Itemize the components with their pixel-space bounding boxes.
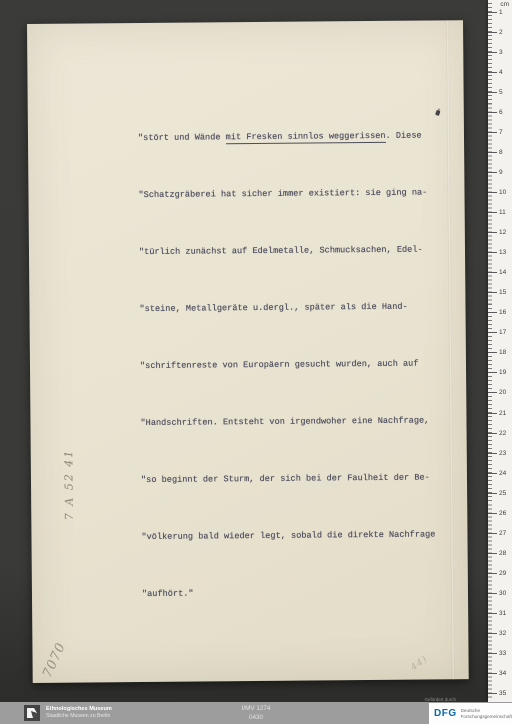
ruler-cm-number: 11 bbox=[499, 209, 511, 216]
ruler-cm-number: 24 bbox=[499, 470, 511, 477]
ruler-cm-number: 9 bbox=[499, 169, 511, 176]
ruler-cm-number: 35 bbox=[499, 690, 511, 697]
text-line: "Schatzgräberei hat sicher immer existie… bbox=[138, 183, 450, 205]
ruler-cm-tick bbox=[488, 613, 497, 614]
ruler-cm-tick bbox=[488, 453, 497, 454]
ruler-cm-tick bbox=[488, 352, 497, 353]
ruler-cm-number: 34 bbox=[499, 670, 511, 677]
ruler-cm-tick bbox=[488, 192, 497, 193]
ruler-cm-number: 14 bbox=[499, 269, 511, 276]
ruler: cm 1234567891011121314151617181920212223… bbox=[488, 0, 512, 702]
institution-block: Ethnologisches Museum Staatliche Museen … bbox=[46, 706, 112, 720]
museum-logo-icon bbox=[24, 705, 40, 721]
ruler-cm-tick bbox=[488, 212, 497, 213]
ruler-cm-tick bbox=[488, 473, 497, 474]
ruler-cm-tick bbox=[488, 312, 497, 313]
ruler-cm-number: 21 bbox=[499, 410, 511, 417]
footer-bar: Ethnologisches Museum Staatliche Museen … bbox=[0, 702, 512, 724]
ruler-cm-number: 5 bbox=[499, 89, 511, 96]
text-line: "steine, Metallgeräte u.dergl., später a… bbox=[139, 297, 451, 319]
ruler-cm-tick bbox=[488, 573, 497, 574]
ruler-cm-tick bbox=[488, 413, 497, 414]
scanned-page: "stört und Wände mit Fresken sinnlos weg… bbox=[27, 20, 469, 683]
ruler-cm-tick bbox=[488, 493, 497, 494]
dfg-name-line2: Forschungsgemeinschaft bbox=[461, 714, 512, 719]
ruler-cm-tick bbox=[488, 72, 497, 73]
ruler-cm-number: 4 bbox=[499, 69, 511, 76]
text-line: "schriftenreste von Europäern gesucht wu… bbox=[140, 354, 452, 376]
text-line: "völkerung bald wieder legt, sobald die … bbox=[141, 525, 453, 547]
text-line: "stört und Wände mit Fresken sinnlos weg… bbox=[138, 126, 450, 148]
ruler-cm-tick bbox=[488, 272, 497, 273]
ruler-cm-number: 8 bbox=[499, 149, 511, 156]
ruler-cm-number: 30 bbox=[499, 590, 511, 597]
ruler-cm-tick bbox=[488, 392, 497, 393]
ruler-cm-number: 20 bbox=[499, 389, 511, 396]
ruler-cm-number: 28 bbox=[499, 550, 511, 557]
pencil-annotation-number: 7070 bbox=[40, 610, 83, 680]
dfg-logo: DFG Deutsche Forschungsgemeinschaft bbox=[429, 703, 512, 724]
ruler-cm-number: 22 bbox=[499, 430, 511, 437]
text-line: "Handschriften. Entsteht von irgendwoher… bbox=[140, 411, 452, 433]
ruler-cm-tick bbox=[488, 533, 497, 534]
ruler-cm-number: 31 bbox=[499, 610, 511, 617]
text-line: "türlich zunächst auf Edelmetalle, Schmu… bbox=[139, 240, 451, 262]
ruler-cm-number: 13 bbox=[499, 249, 511, 256]
ruler-cm-number: 16 bbox=[499, 309, 511, 316]
ruler-cm-tick bbox=[488, 132, 497, 133]
ruler-cm-number: 26 bbox=[499, 510, 511, 517]
pencil-annotation-signature: 7 A 52 41 bbox=[62, 400, 76, 520]
ruler-cm-number: 12 bbox=[499, 229, 511, 236]
ruler-cm-tick bbox=[488, 693, 497, 694]
ruler-cm-number: 7 bbox=[499, 129, 511, 136]
ruler-cm-number: 10 bbox=[499, 189, 511, 196]
ruler-unit-label: cm bbox=[500, 1, 509, 8]
line1-pre: "stört und Wände bbox=[138, 132, 226, 143]
ruler-cm-tick bbox=[488, 32, 497, 33]
ruler-cm-number: 2 bbox=[499, 29, 511, 36]
ruler-cm-tick bbox=[488, 172, 497, 173]
ruler-cm-number: 15 bbox=[499, 289, 511, 296]
ruler-cm-tick bbox=[488, 633, 497, 634]
dfg-full-name: Deutsche Forschungsgemeinschaft bbox=[461, 708, 512, 718]
ruler-cm-tick bbox=[488, 252, 497, 253]
scan-viewer: "stört und Wände mit Fresken sinnlos weg… bbox=[0, 0, 512, 724]
funding-label: Gefördert durch bbox=[424, 697, 456, 702]
ruler-cm-tick bbox=[488, 653, 497, 654]
ruler-cm-number: 27 bbox=[499, 530, 511, 537]
ruler-cm-tick bbox=[488, 553, 497, 554]
ruler-cm-number: 17 bbox=[499, 329, 511, 336]
ruler-cm-tick bbox=[488, 372, 497, 373]
line1-underlined: mit Fresken sinnlos weggerissen bbox=[226, 131, 386, 144]
ruler-cm-tick bbox=[488, 232, 497, 233]
line1-post: . Diese bbox=[385, 131, 421, 141]
ruler-cm-tick bbox=[488, 52, 497, 53]
pencil-annotation-faint: 44) bbox=[409, 654, 429, 673]
ruler-cm-tick bbox=[488, 152, 497, 153]
archive-reference: I/MV 1274 0430 bbox=[196, 705, 316, 722]
ruler-cm-number: 29 bbox=[499, 570, 511, 577]
scan-page-number: 0430 bbox=[196, 714, 316, 723]
ruler-cm-number: 18 bbox=[499, 349, 511, 356]
ruler-cm-tick bbox=[488, 513, 497, 514]
text-line: "so beginnt der Sturm, der sich bei der … bbox=[141, 468, 453, 490]
institution-parent: Staatliche Museen zu Berlin bbox=[46, 713, 112, 720]
ruler-cm-tick bbox=[488, 112, 497, 113]
ruler-cm-tick bbox=[488, 433, 497, 434]
ruler-cm-number: 33 bbox=[499, 650, 511, 657]
ruler-cm-tick bbox=[488, 332, 497, 333]
ruler-cm-tick bbox=[488, 673, 497, 674]
ruler-cm-number: 1 bbox=[499, 9, 511, 16]
ruler-cm-tick bbox=[488, 92, 497, 93]
typewritten-text: "stört und Wände mit Fresken sinnlos weg… bbox=[138, 88, 455, 642]
ruler-cm-number: 6 bbox=[499, 109, 511, 116]
ruler-cm-number: 23 bbox=[499, 450, 511, 457]
institution-name: Ethnologisches Museum bbox=[46, 706, 112, 713]
dfg-wordmark: DFG bbox=[434, 708, 457, 719]
ruler-cm-number: 3 bbox=[499, 49, 511, 56]
ruler-cm-number: 19 bbox=[499, 369, 511, 376]
archive-signature: I/MV 1274 bbox=[196, 705, 316, 714]
ruler-cm-tick bbox=[488, 292, 497, 293]
ruler-cm-number: 25 bbox=[499, 490, 511, 497]
ruler-cm-tick bbox=[488, 593, 497, 594]
text-line: "aufhört." bbox=[142, 582, 454, 604]
ruler-cm-tick bbox=[488, 12, 497, 13]
ruler-cm-number: 32 bbox=[499, 630, 511, 637]
